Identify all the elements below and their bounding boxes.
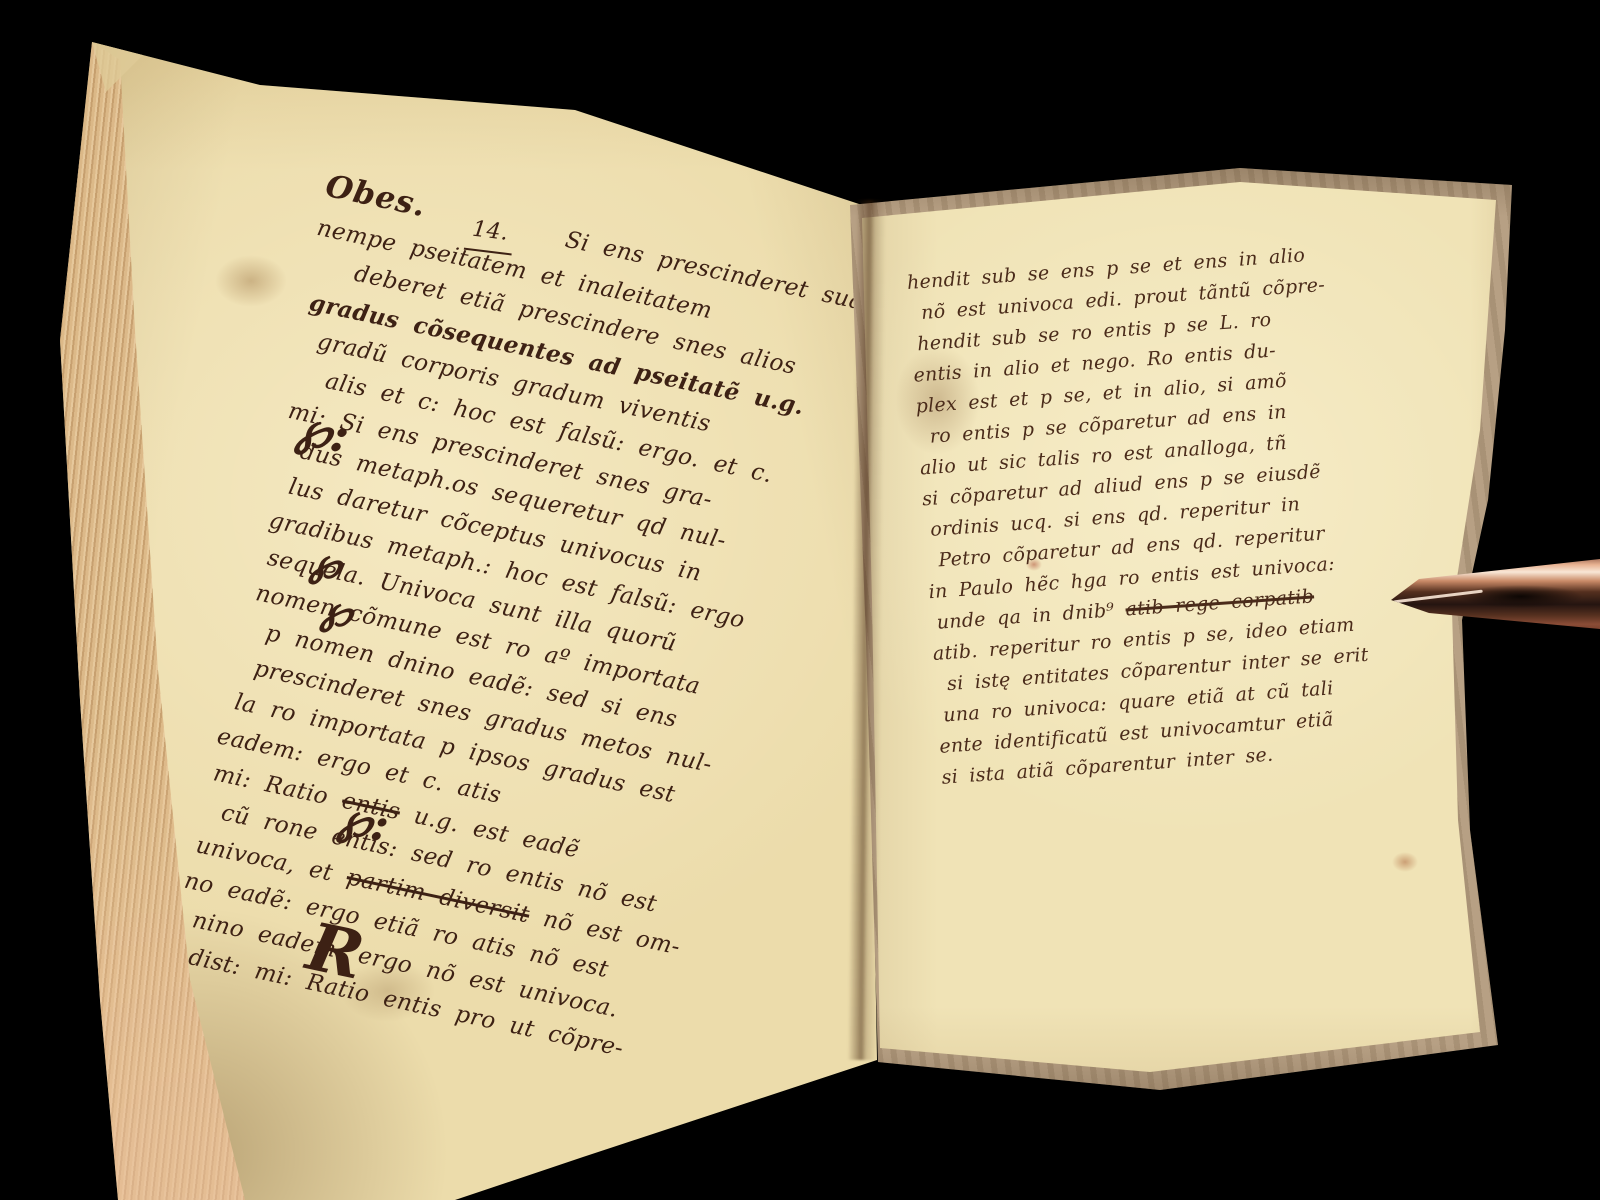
page-stain xyxy=(215,255,287,307)
left-page-text-block: Obes. 14. Si ens prescinderet suas diffa… xyxy=(160,168,878,1087)
right-manuscript-page: hendit sub se ens p se et ens in alionõ … xyxy=(840,160,1540,1100)
margin-paragraph-mark: ℘: xyxy=(294,403,354,461)
pen-dark-core xyxy=(1458,585,1583,608)
right-page-text-block: hendit sub se ens p se et ens in alionõ … xyxy=(906,233,1442,794)
page-stain xyxy=(1392,852,1418,872)
manuscript-photo-scene: Obes. 14. Si ens prescinderet suas diffa… xyxy=(0,0,1600,1200)
margin-paragraph-mark: ℘: xyxy=(336,793,394,848)
vellum-cover-edge: hendit sub se ens p se et ens in alionõ … xyxy=(840,160,1540,1100)
objection-number: 14. xyxy=(464,210,517,256)
left-manuscript-page: Obes. 14. Si ens prescinderet suas diffa… xyxy=(40,30,890,1200)
